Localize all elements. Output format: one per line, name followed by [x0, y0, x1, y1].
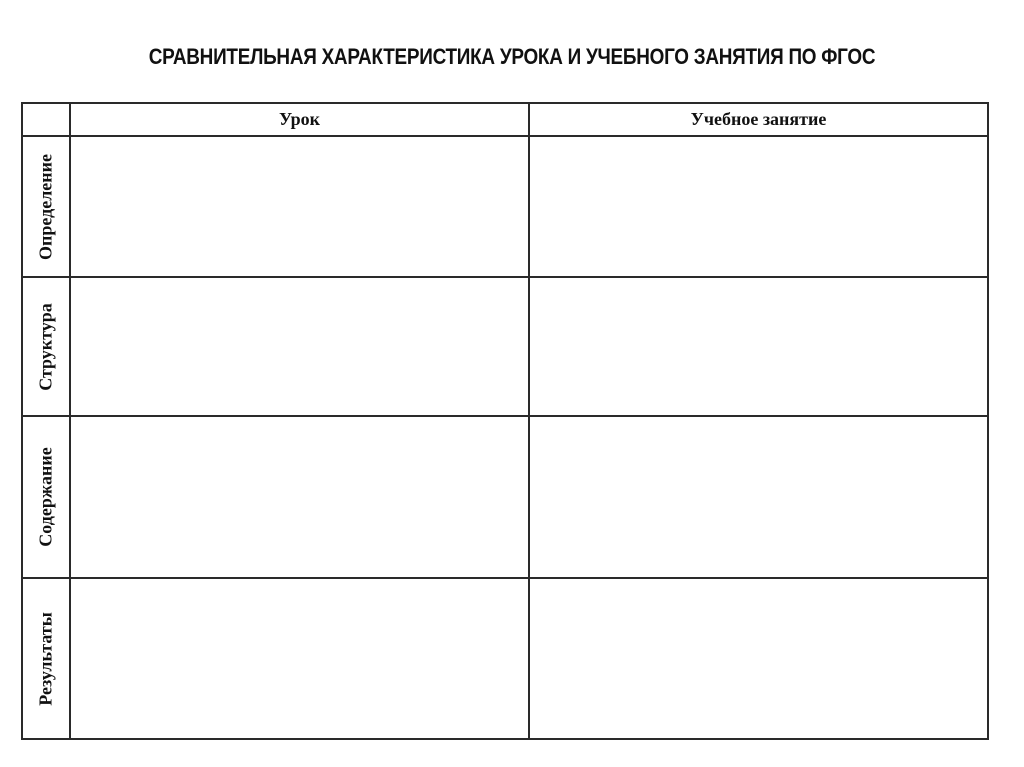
row-header-results: Результаты [22, 578, 70, 739]
cell-structure-urok[interactable] [70, 277, 529, 416]
column-header-uchebnoe-zanyatie: Учебное занятие [529, 103, 988, 136]
row-header-structure: Структура [22, 277, 70, 416]
corner-cell [22, 103, 70, 136]
column-header-urok: Урок [70, 103, 529, 136]
table-row: Определение [22, 136, 988, 277]
comparison-table: Урок Учебное занятие Определение Структу… [21, 102, 989, 740]
cell-structure-zanyatie[interactable] [529, 277, 988, 416]
cell-definition-urok[interactable] [70, 136, 529, 277]
page-title: СРАВНИТЕЛЬНАЯ ХАРАКТЕРИСТИКА УРОКА И УЧЕ… [72, 44, 953, 70]
row-header-content: Содержание [22, 416, 70, 578]
cell-content-urok[interactable] [70, 416, 529, 578]
table-header-row: Урок Учебное занятие [22, 103, 988, 136]
cell-results-urok[interactable] [70, 578, 529, 739]
row-header-definition: Определение [22, 136, 70, 277]
cell-content-zanyatie[interactable] [529, 416, 988, 578]
table-row: Результаты [22, 578, 988, 739]
table-row: Структура [22, 277, 988, 416]
table-row: Содержание [22, 416, 988, 578]
cell-definition-zanyatie[interactable] [529, 136, 988, 277]
cell-results-zanyatie[interactable] [529, 578, 988, 739]
